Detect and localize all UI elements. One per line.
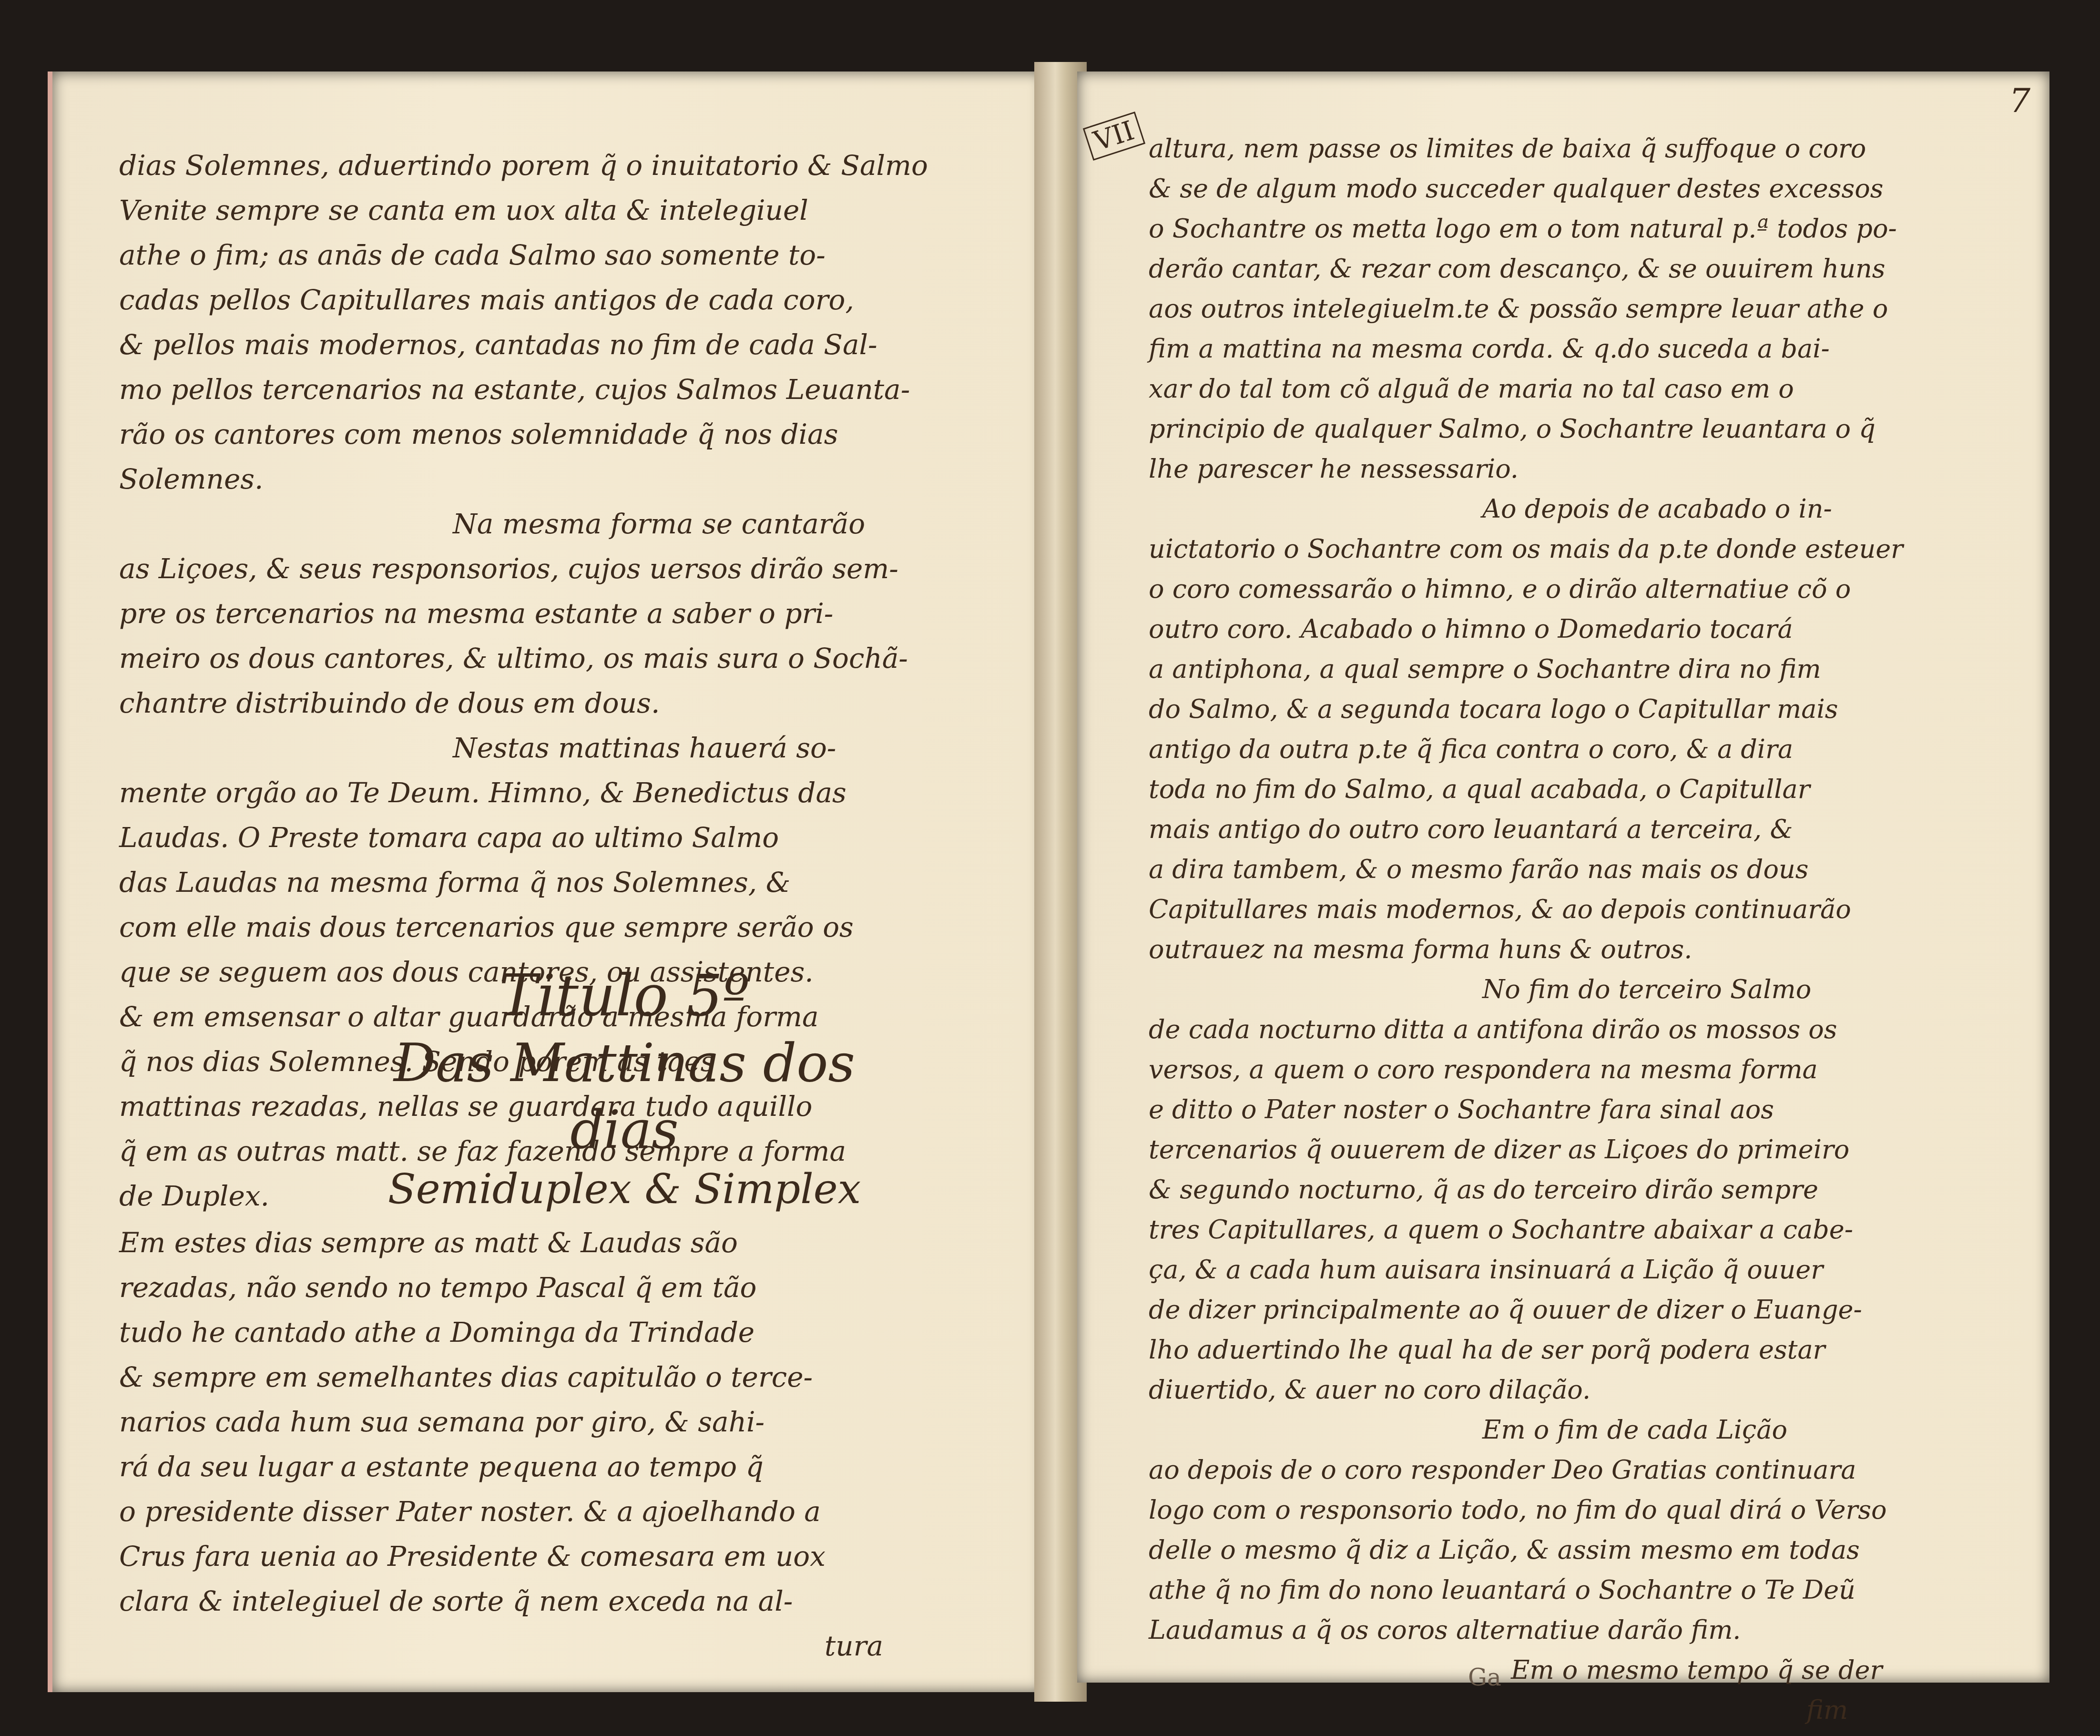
- text-line: e ditto o Pater noster o Sochantre fara …: [1149, 1090, 1903, 1130]
- text-line: tercenarios q̃ ouuerem de dizer as Liçoe…: [1149, 1130, 1903, 1170]
- text-line: com elle mais dous tercenarios que sempr…: [119, 905, 928, 950]
- text-line: Em o fim de cada Lição: [1149, 1410, 1903, 1450]
- text-line: Laudas. O Preste tomara capa ao ultimo S…: [119, 815, 928, 860]
- text-line: mo pellos tercenarios na estante, cujos …: [119, 367, 928, 412]
- text-line: o coro comessarão o himno, e o dirão alt…: [1149, 569, 1903, 609]
- text-line: de dizer principalmente ao q̃ ouuer de d…: [1149, 1290, 1903, 1330]
- text-line: pre os tercenarios na mesma estante a sa…: [119, 591, 928, 636]
- text-line: lhe parescer he nessessario.: [1149, 449, 1903, 489]
- text-line: das Laudas na mesma forma q̃ nos Solemne…: [119, 860, 928, 905]
- text-line: xar do tal tom cõ alguã de maria no tal …: [1149, 369, 1903, 409]
- text-line: a dira tambem, & o mesmo farão nas mais …: [1149, 849, 1903, 889]
- text-line: Crus fara uenia ao Presidente & comesara…: [119, 1534, 883, 1579]
- chapter-subtitle: Semiduplex & Simplex: [338, 1163, 910, 1215]
- text-line: o Sochantre os metta logo em o tom natur…: [1149, 209, 1903, 249]
- chapter-title: Das Mattinas dos dias: [338, 1030, 910, 1163]
- left-page: dias Solemnes, aduertindo porem q̃ o inu…: [48, 71, 1044, 1692]
- text-line: antigo da outra p.te q̃ fica contra o co…: [1149, 729, 1903, 769]
- text-line: aos outros intelegiuelm.te & possão semp…: [1149, 289, 1903, 329]
- text-line: & se de algum modo succeder qualquer des…: [1149, 169, 1903, 209]
- text-line: a antiphona, a qual sempre o Sochantre d…: [1149, 649, 1903, 689]
- text-line: & sempre em semelhantes dias capitulão o…: [119, 1355, 883, 1399]
- text-line: meiro os dous cantores, & ultimo, os mai…: [119, 636, 928, 681]
- manuscript-spread: dias Solemnes, aduertindo porem q̃ o inu…: [29, 43, 2078, 1702]
- text-line: mais antigo do outro coro leuantará a te…: [1149, 809, 1903, 849]
- text-line: & segundo nocturno, q̃ as do terceiro di…: [1149, 1170, 1903, 1210]
- text-line: rá da seu lugar a estante pequena ao tem…: [119, 1444, 883, 1489]
- text-line: ça, & a cada hum auisara insinuará a Liç…: [1149, 1250, 1903, 1290]
- text-line: de cada nocturno ditta a antifona dirão …: [1149, 1010, 1903, 1050]
- text-line: derão cantar, & rezar com descanço, & se…: [1149, 249, 1903, 289]
- bottom-mark: Ga: [1468, 1664, 1501, 1691]
- text-line: cadas pellos Capitullares mais antigos d…: [119, 277, 928, 322]
- text-line: athe o fim; as anās de cada Salmo sao so…: [119, 233, 928, 277]
- text-line: tres Capitullares, a quem o Sochantre ab…: [1149, 1210, 1903, 1250]
- text-line: Nestas mattinas hauerá so-: [119, 725, 928, 770]
- margin-marker: VII: [1083, 112, 1145, 161]
- text-line: Capitullares mais modernos, & ao depois …: [1149, 889, 1903, 929]
- folio-number: 7: [2009, 81, 2030, 120]
- text-line: altura, nem passe os limites de baixa q̃…: [1149, 129, 1903, 169]
- text-line: dias Solemnes, aduertindo porem q̃ o inu…: [119, 143, 928, 188]
- text-line: Venite sempre se canta em uox alta & int…: [119, 188, 928, 233]
- text-line: toda no fim do Salmo, a qual acabada, o …: [1149, 769, 1903, 809]
- text-line: Solemnes.: [119, 457, 928, 501]
- text-line: Na mesma forma se cantarão: [119, 501, 928, 546]
- text-line: diuertido, & auer no coro dilação.: [1149, 1370, 1903, 1410]
- text-line: lho aduertindo lhe qual ha de ser porq̃ …: [1149, 1330, 1903, 1370]
- text-line: Ao depois de acabado o in-: [1149, 489, 1903, 529]
- text-line: logo com o responsorio todo, no fim do q…: [1149, 1490, 1903, 1530]
- text-line: delle o mesmo q̃ diz a Lição, & assim me…: [1149, 1530, 1903, 1570]
- text-line: fim: [1149, 1690, 1903, 1730]
- text-line: chantre distribuindo de dous em dous.: [119, 681, 928, 725]
- right-page: 7 VII altura, nem passe os limites de ba…: [1077, 71, 2049, 1683]
- left-page-text-bottom: Em estes dias sempre as matt & Laudas sã…: [119, 1220, 883, 1668]
- text-line: do Salmo, & a segunda tocara logo o Capi…: [1149, 689, 1903, 729]
- text-line: outro coro. Acabado o himno o Domedario …: [1149, 609, 1903, 649]
- text-line: principio de qualquer Salmo, o Sochantre…: [1149, 409, 1903, 449]
- text-line: ao depois de o coro responder Deo Gratia…: [1149, 1450, 1903, 1490]
- text-line: rão os cantores com menos solemnidade q̃…: [119, 412, 928, 457]
- text-line: rezadas, não sendo no tempo Pascal q̃ em…: [119, 1265, 883, 1310]
- text-line: tura: [119, 1624, 883, 1668]
- text-line: Em o mesmo tempo q̃ se der: [1149, 1650, 1903, 1690]
- text-line: clara & intelegiuel de sorte q̃ nem exce…: [119, 1579, 883, 1624]
- text-line: No fim do terceiro Salmo: [1149, 970, 1903, 1010]
- text-line: o presidente disser Pater noster. & a aj…: [119, 1489, 883, 1534]
- text-line: versos, a quem o coro respondera na mesm…: [1149, 1050, 1903, 1090]
- right-page-text: altura, nem passe os limites de baixa q̃…: [1149, 129, 1903, 1730]
- chapter-heading: Titulo 5º Das Mattinas dos dias Semidupl…: [338, 963, 910, 1215]
- text-line: & pellos mais modernos, cantadas no fim …: [119, 322, 928, 367]
- text-line: tudo he cantado athe a Dominga da Trinda…: [119, 1310, 883, 1355]
- text-line: mente orgão ao Te Deum. Himno, & Benedic…: [119, 770, 928, 815]
- chapter-number: Titulo 5º: [338, 963, 910, 1030]
- text-line: Laudamus a q̃ os coros alternatiue darão…: [1149, 1610, 1903, 1650]
- text-line: as Liçoes, & seus responsorios, cujos ue…: [119, 546, 928, 591]
- text-line: outrauez na mesma forma huns & outros.: [1149, 929, 1903, 970]
- text-line: uictatorio o Sochantre com os mais da p.…: [1149, 529, 1903, 569]
- text-line: fim a mattina na mesma corda. & q.do suc…: [1149, 329, 1903, 369]
- text-line: narios cada hum sua semana por giro, & s…: [119, 1399, 883, 1444]
- text-line: athe q̃ no fim do nono leuantará o Socha…: [1149, 1570, 1903, 1610]
- text-line: Em estes dias sempre as matt & Laudas sã…: [119, 1220, 883, 1265]
